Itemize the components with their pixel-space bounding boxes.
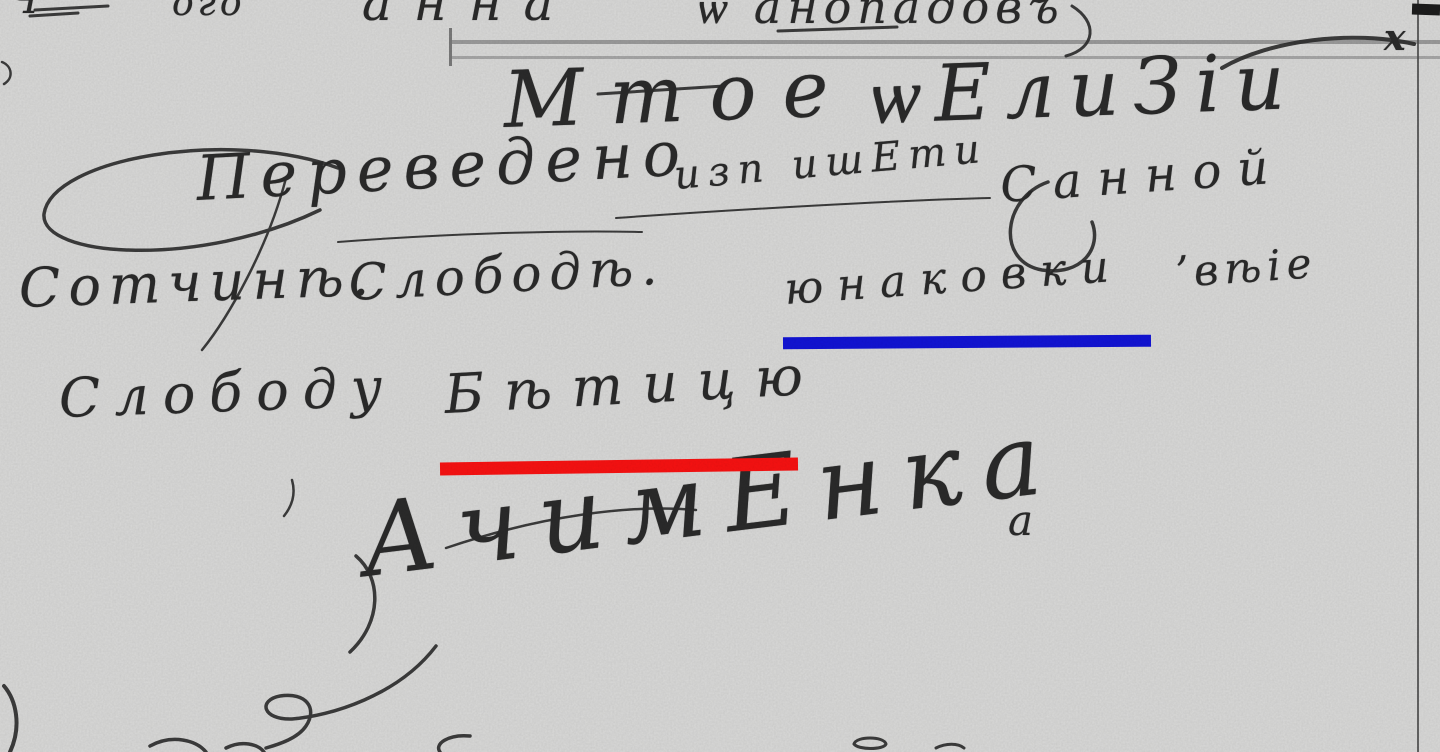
manuscript-page: Ч ого анна ѡ анопадовъ Мтое ѡЕлиЗіи х Пе… bbox=[0, 0, 1440, 752]
top-right-ink-bar bbox=[1412, 4, 1440, 16]
left-edge-mark bbox=[2, 62, 11, 84]
handwritten-name-achimenka: АчимЕнка bbox=[356, 407, 1066, 592]
handwritten-name-superscript: а bbox=[1008, 500, 1033, 542]
handwritten-fragment-top-mid: ого bbox=[172, 0, 246, 22]
handwritten-word-sannoi: Санной bbox=[999, 142, 1286, 210]
right-margin-line bbox=[1417, 0, 1419, 752]
handwritten-fragment-top-left: Ч bbox=[8, 0, 41, 20]
handwritten-word-sotchine: Сотчинѣ. bbox=[18, 250, 377, 316]
heading-superscript-kh: х bbox=[1384, 20, 1405, 56]
name-tail-phi-flourish bbox=[266, 646, 436, 748]
bottom-fragment-b bbox=[4, 686, 17, 752]
handwritten-word-slobode: Слободѣ. bbox=[347, 242, 666, 308]
betitsyu-slash-stroke bbox=[284, 480, 294, 516]
handwritten-word-slobodu: Слободу bbox=[58, 360, 397, 426]
heading-word-elizii: ѡЕлиЗіи bbox=[869, 43, 1300, 136]
handwritten-words-iz-isheti: изп ишЕти bbox=[673, 129, 990, 196]
iz-isheti-underline-stroke bbox=[616, 198, 990, 218]
handwritten-word-yunakovki: юнаковки bbox=[783, 244, 1124, 312]
bottom-fragment-oc-2 bbox=[226, 744, 264, 752]
handwritten-word-betitsyu: Бѣтицю bbox=[443, 348, 824, 422]
double-rule-left-tick bbox=[449, 28, 452, 66]
blue-underline-annotation bbox=[783, 335, 1151, 350]
bottom-fragment-c bbox=[439, 736, 470, 752]
handwritten-word-veie: ʼвѣіе bbox=[1173, 242, 1319, 294]
handwritten-word-anna: анна bbox=[362, 0, 576, 28]
top-left-bar-stroke bbox=[35, 6, 108, 10]
handwritten-word-perevedeno: Переведено bbox=[195, 122, 692, 210]
bottom-fragment-o bbox=[854, 738, 886, 749]
handwritten-word-anopadov: ѡ анопадовъ bbox=[698, 0, 1065, 30]
bottom-fragment-oc-1 bbox=[150, 739, 206, 752]
bottom-fragment-tick bbox=[936, 744, 964, 748]
